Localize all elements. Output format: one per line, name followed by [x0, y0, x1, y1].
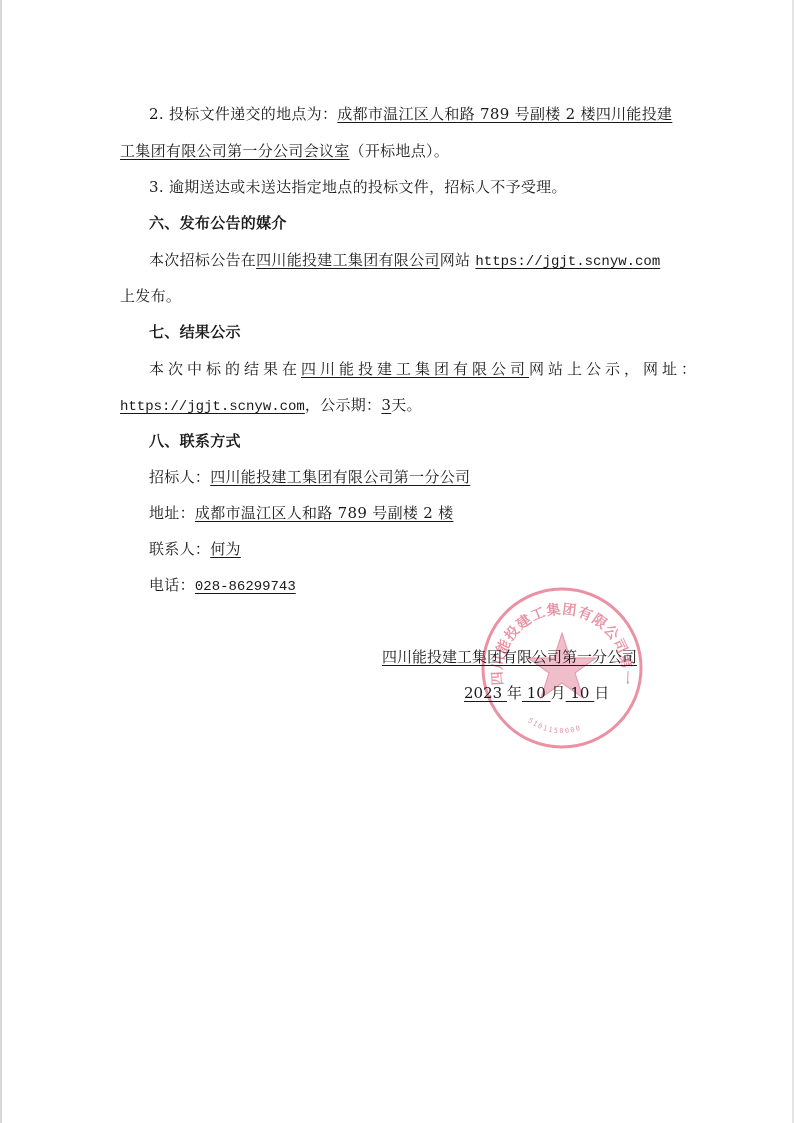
contact-value: 成都市温江区人和路 789 号副楼 2 楼 — [195, 504, 454, 522]
company-seal-icon: 四川能投建工集团有限公司第一分公司 5101150000 — [479, 585, 645, 751]
date-year-unit: 年 — [507, 684, 522, 702]
item-3-text: 3. 逾期送达或未送达指定地点的投标文件，招标人不予受理。 — [149, 178, 567, 196]
section-7-company: 四川能投建工集团有限公司 — [301, 360, 529, 378]
svg-text:5101150000: 5101150000 — [526, 716, 582, 735]
signature-date: 2023 年 10 月 10 日 — [464, 683, 609, 703]
section-6-url-link[interactable]: https://jgjt.scnyw.com — [475, 254, 660, 270]
section-6-para-line-1: 本次招标公告在四川能投建工集团有限公司网站 https://jgjt.scnyw… — [149, 250, 660, 272]
section-6-para-line-2: 上发布。 — [120, 286, 181, 306]
section-7-period-unit: 天。 — [391, 396, 422, 414]
item-2-location-cont: 工集团有限公司第一分公司会议室 — [120, 142, 350, 160]
item-2-suffix: （开标地点）。 — [350, 142, 450, 160]
contact-tenderer: 招标人：四川能投建工集团有限公司第一分公司 — [149, 467, 470, 487]
item-3-line: 3. 逾期送达或未送达指定地点的投标文件，招标人不予受理。 — [149, 177, 567, 197]
section-8-heading: 八、联系方式 — [149, 431, 241, 451]
document-page: 2. 投标文件递交的地点为：成都市温江区人和路 789 号副楼 2 楼四川能投建… — [0, 0, 794, 1123]
section-7-mid: 网站上公示，网址： — [529, 360, 700, 378]
section-6-suffix: 上发布。 — [120, 287, 181, 305]
section-6-heading: 六、发布公告的媒介 — [149, 213, 287, 233]
section-7-para-line-2: https://jgjt.scnyw.com，公示期：3天。 — [120, 395, 422, 417]
contact-label: 地址： — [149, 504, 195, 522]
item-2-location: 成都市温江区人和路 789 号副楼 2 楼四川能投建 — [337, 105, 672, 123]
section-7-period-value: 3 — [381, 396, 391, 414]
date-day: 10 — [566, 684, 595, 702]
item-2-prefix: 2. 投标文件递交的地点为： — [149, 105, 337, 123]
contact-address: 地址：成都市温江区人和路 789 号副楼 2 楼 — [149, 503, 453, 523]
item-2-line-2: 工集团有限公司第一分公司会议室（开标地点）。 — [120, 141, 449, 161]
section-6-prefix: 本次招标公告在 — [149, 251, 256, 269]
date-year: 2023 — [464, 684, 507, 702]
contact-value: 四川能投建工集团有限公司第一分公司 — [210, 468, 470, 486]
contact-label: 电话： — [149, 576, 195, 594]
contact-label: 联系人： — [149, 540, 210, 558]
svg-text:四川能投建工集团有限公司第一分公司: 四川能投建工集团有限公司第一分公司 — [479, 585, 635, 686]
contact-label: 招标人： — [149, 468, 210, 486]
contact-value: 何为 — [210, 540, 241, 558]
section-7-period-label: ，公示期： — [305, 396, 382, 414]
item-2-line-1: 2. 投标文件递交的地点为：成都市温江区人和路 789 号副楼 2 楼四川能投建 — [149, 104, 672, 124]
date-month-unit: 月 — [551, 684, 566, 702]
section-6-mid: 网站 — [440, 251, 476, 269]
section-7-prefix: 本次中标的结果在 — [149, 360, 301, 378]
date-month: 10 — [522, 684, 551, 702]
contact-person: 联系人：何为 — [149, 539, 241, 559]
signature-company-name: 四川能投建工集团有限公司第一分公司 — [382, 648, 637, 666]
section-7-heading: 七、结果公示 — [149, 322, 241, 342]
signature-company: 四川能投建工集团有限公司第一分公司 — [382, 647, 637, 667]
section-7-para-line-1: 本次中标的结果在四川能投建工集团有限公司网站上公示，网址： — [149, 359, 700, 379]
section-7-url-link[interactable]: https://jgjt.scnyw.com — [120, 399, 305, 415]
contact-phone: 电话：028-86299743 — [149, 575, 296, 597]
date-day-unit: 日 — [594, 684, 609, 702]
section-6-company: 四川能投建工集团有限公司 — [256, 251, 440, 269]
contact-value: 028-86299743 — [195, 579, 296, 595]
